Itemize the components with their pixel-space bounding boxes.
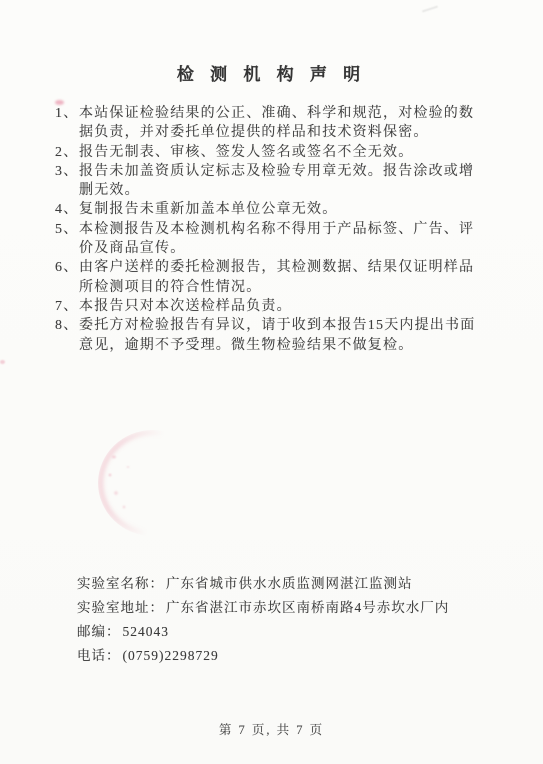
declaration-item: 4、 复制报告未重新加盖本单位公章无效。: [55, 200, 497, 219]
lab-info-value: 广东省城市供水水质监测网湛江监测站: [166, 576, 413, 591]
declaration-line: 删无效。: [79, 181, 497, 200]
declaration-line: 意见，逾期不予受理。微生物检验结果不做复检。: [79, 336, 497, 355]
lab-info-label: 邮编：: [77, 624, 121, 639]
lab-info-label: 实验室地址：: [77, 600, 164, 615]
declaration-line: 本检测报告及本检测机构名称不得用于产品标签、广告、评: [79, 220, 497, 239]
lab-info-row: 电话：(0759)2298729: [77, 644, 507, 668]
lab-info-block: 实验室名称：广东省城市供水水质监测网湛江监测站 实验室地址：广东省湛江市赤坎区南…: [77, 572, 507, 668]
document-title: 检 测 机 构 声 明: [0, 60, 543, 85]
declaration-item: 5、 本检测报告及本检测机构名称不得用于产品标签、广告、评价及商品宣传。: [55, 220, 497, 259]
scanned-document-page: 检 测 机 构 声 明 1、 本站保证检验结果的公正、准确、科学和规范，对检验的…: [0, 0, 543, 764]
page-number: 第 7 页, 共 7 页: [219, 723, 324, 737]
declaration-item: 8、 委托方对检验报告有异议，请于收到本报告15天内提出书面意见，逾期不予受理。…: [55, 316, 497, 355]
scan-smudge-artifact: [422, 6, 438, 13]
declaration-line: 报告未加盖资质认定标志及检验专用章无效。报告涂改或增: [79, 162, 497, 181]
lab-info-label: 实验室名称：: [77, 576, 164, 591]
declaration-list: 1、 本站保证检验结果的公正、准确、科学和规范，对检验的数据负责，并对委托单位提…: [55, 104, 497, 355]
declaration-item: 7、 本报告只对本次送检样品负责。: [55, 297, 497, 316]
lab-info-row: 实验室地址：广东省湛江市赤坎区南桥南路4号赤坎水厂内: [77, 596, 507, 620]
declaration-item-number: 5、: [55, 220, 79, 239]
declaration-item-text: 本检测报告及本检测机构名称不得用于产品标签、广告、评价及商品宣传。: [79, 220, 497, 259]
lab-info-value: (0759)2298729: [123, 648, 219, 663]
declaration-item-text: 本报告只对本次送检样品负责。: [79, 297, 497, 316]
declaration-item: 3、 报告未加盖资质认定标志及检验专用章无效。报告涂改或增删无效。: [55, 162, 497, 201]
declaration-item-text: 复制报告未重新加盖本单位公章无效。: [79, 200, 497, 219]
declaration-item-number: 4、: [55, 200, 79, 219]
declaration-line: 所检测项目的符合性情况。: [79, 278, 497, 297]
faint-red-seal-speckle: [104, 445, 138, 515]
declaration-item-number: 6、: [55, 258, 79, 277]
declaration-item-text: 委托方对检验报告有异议，请于收到本报告15天内提出书面意见，逾期不予受理。微生物…: [79, 316, 497, 355]
lab-info-value: 524043: [123, 624, 170, 639]
declaration-line: 价及商品宣传。: [79, 239, 497, 258]
declaration-item: 2、 报告无制表、审核、签发人签名或签名不全无效。: [55, 143, 497, 162]
declaration-item-text: 由客户送样的委托检测报告，其检测数据、结果仅证明样品所检测项目的符合性情况。: [79, 258, 497, 297]
declaration-item-number: 8、: [55, 316, 79, 335]
edge-speck-artifact: [0, 360, 5, 364]
declaration-line: 委托方对检验报告有异议，请于收到本报告15天内提出书面: [79, 316, 497, 335]
declaration-item: 6、 由客户送样的委托检测报告，其检测数据、结果仅证明样品所检测项目的符合性情况…: [55, 258, 497, 297]
page-footer: 第 7 页, 共 7 页: [0, 720, 543, 738]
lab-info-row: 实验室名称：广东省城市供水水质监测网湛江监测站: [77, 572, 507, 596]
declaration-item-number: 2、: [55, 143, 79, 162]
declaration-line: 本报告只对本次送检样品负责。: [79, 297, 497, 316]
declaration-item-number: 7、: [55, 297, 79, 316]
declaration-item-text: 报告未加盖资质认定标志及检验专用章无效。报告涂改或增删无效。: [79, 162, 497, 201]
declaration-line: 本站保证检验结果的公正、准确、科学和规范，对检验的数: [79, 104, 497, 123]
declaration-item-text: 本站保证检验结果的公正、准确、科学和规范，对检验的数据负责，并对委托单位提供的样…: [79, 104, 497, 143]
lab-info-label: 电话：: [77, 648, 121, 663]
declaration-line: 报告无制表、审核、签发人签名或签名不全无效。: [79, 143, 497, 162]
declaration-item-text: 报告无制表、审核、签发人签名或签名不全无效。: [79, 143, 497, 162]
declaration-item-number: 3、: [55, 162, 79, 181]
lab-info-row: 邮编：524043: [77, 620, 507, 644]
lab-info-value: 广东省湛江市赤坎区南桥南路4号赤坎水厂内: [166, 600, 449, 615]
declaration-line: 复制报告未重新加盖本单位公章无效。: [79, 200, 497, 219]
declaration-line: 据负责，并对委托单位提供的样品和技术资料保密。: [79, 123, 497, 142]
declaration-line: 由客户送样的委托检测报告，其检测数据、结果仅证明样品: [79, 258, 497, 277]
declaration-item: 1、 本站保证检验结果的公正、准确、科学和规范，对检验的数据负责，并对委托单位提…: [55, 104, 497, 143]
declaration-item-number: 1、: [55, 104, 79, 123]
